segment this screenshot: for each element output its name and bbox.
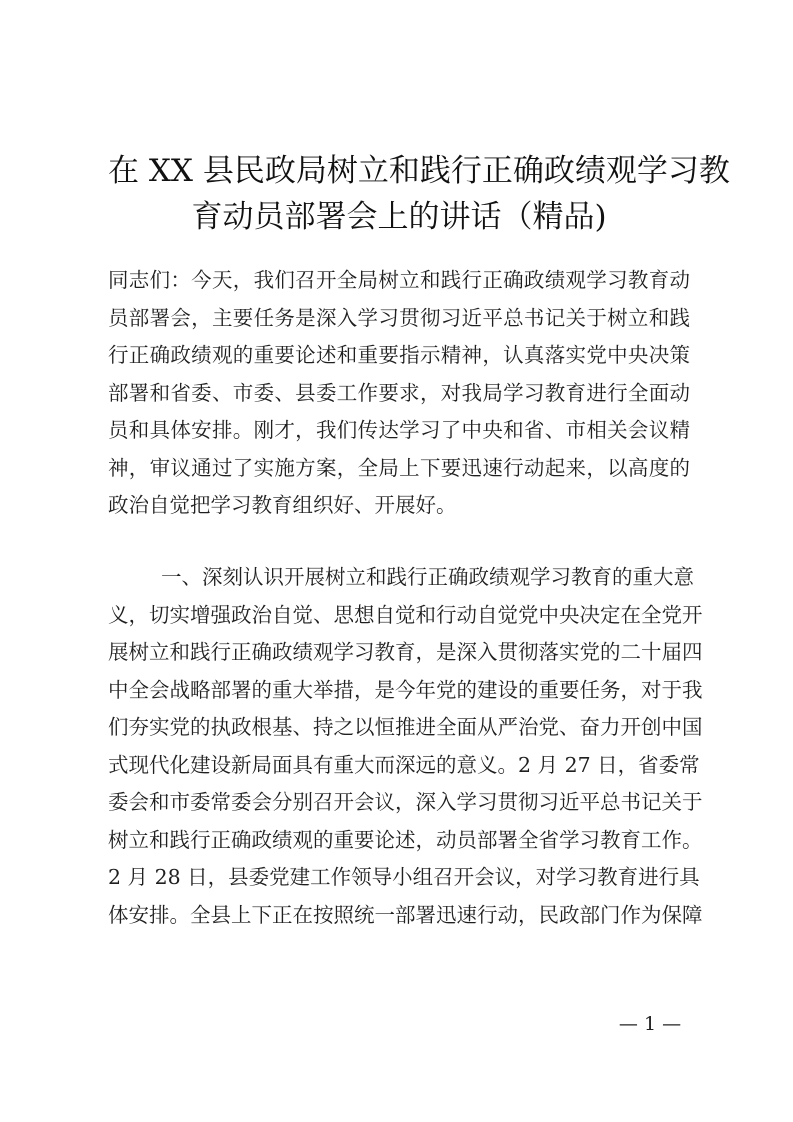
paragraph-line: 政治自觉把学习教育组织好、开展好。 <box>108 487 690 525</box>
section-heading-line: 一、深刻认识开展树立和践行正确政绩观学习教育的重大意 <box>108 559 690 597</box>
document-page: 在 XX 县民政局树立和践行正确政绩观学习教 育动员部署会上的讲话（精品) 同志… <box>0 0 793 1122</box>
title-line-2: 育动员部署会上的讲话（精品) <box>108 194 690 240</box>
title-line-1: 在 XX 县民政局树立和践行正确政绩观学习教 <box>108 148 690 194</box>
paragraph-line: 体安排。全县上下正在按照统一部署迅速行动，民政部门作为保障 <box>108 897 690 935</box>
paragraph-line: 委会和市委常委会分别召开会议，深入学习贯彻习近平总书记关于 <box>108 784 690 822</box>
paragraph-line: 中全会战略部署的重大举措，是今年党的建设的重要任务，对于我 <box>108 672 690 710</box>
paragraph-line: 展树立和践行正确政绩观学习教育，是深入贯彻落实党的二十届四 <box>108 634 690 672</box>
paragraph-line: 树立和践行正确政绩观的重要论述，动员部署全省学习教育工作。 <box>108 822 690 860</box>
paragraph-section-one: 一、深刻认识开展树立和践行正确政绩观学习教育的重大意 义，切实增强政治自觉、思想… <box>108 559 690 934</box>
paragraph-line: 式现代化建设新局面具有重大而深远的意义。2 月 27 日，省委常 <box>108 747 690 785</box>
paragraph-opening: 同志们：今天，我们召开全局树立和践行正确政绩观学习教育动 员部署会，主要任务是深… <box>108 262 690 525</box>
paragraph-line: 们夯实党的执政根基、持之以恒推进全面从严治党、奋力开创中国 <box>108 709 690 747</box>
paragraph-line: 2 月 28 日，县委党建工作领导小组召开会议，对学习教育进行具 <box>108 859 690 897</box>
document-title: 在 XX 县民政局树立和践行正确政绩观学习教 育动员部署会上的讲话（精品) <box>108 148 690 240</box>
paragraph-line: 义，切实增强政治自觉、思想自觉和行动自觉党中央决定在全党开 <box>108 597 690 635</box>
paragraph-line: 部署和省委、市委、县委工作要求，对我局学习教育进行全面动 <box>108 375 690 413</box>
paragraph-line: 员部署会，主要任务是深入学习贯彻习近平总书记关于树立和践 <box>108 300 690 338</box>
page-number: — 1 — <box>600 1013 700 1035</box>
paragraph-line: 神，审议通过了实施方案，全局上下要迅速行动起来，以高度的 <box>108 450 690 488</box>
paragraph-line: 同志们：今天，我们召开全局树立和践行正确政绩观学习教育动 <box>108 262 690 300</box>
paragraph-line: 行正确政绩观的重要论述和重要指示精神，认真落实党中央决策 <box>108 337 690 375</box>
paragraph-line: 员和具体安排。刚才，我们传达学习了中央和省、市相关会议精 <box>108 412 690 450</box>
